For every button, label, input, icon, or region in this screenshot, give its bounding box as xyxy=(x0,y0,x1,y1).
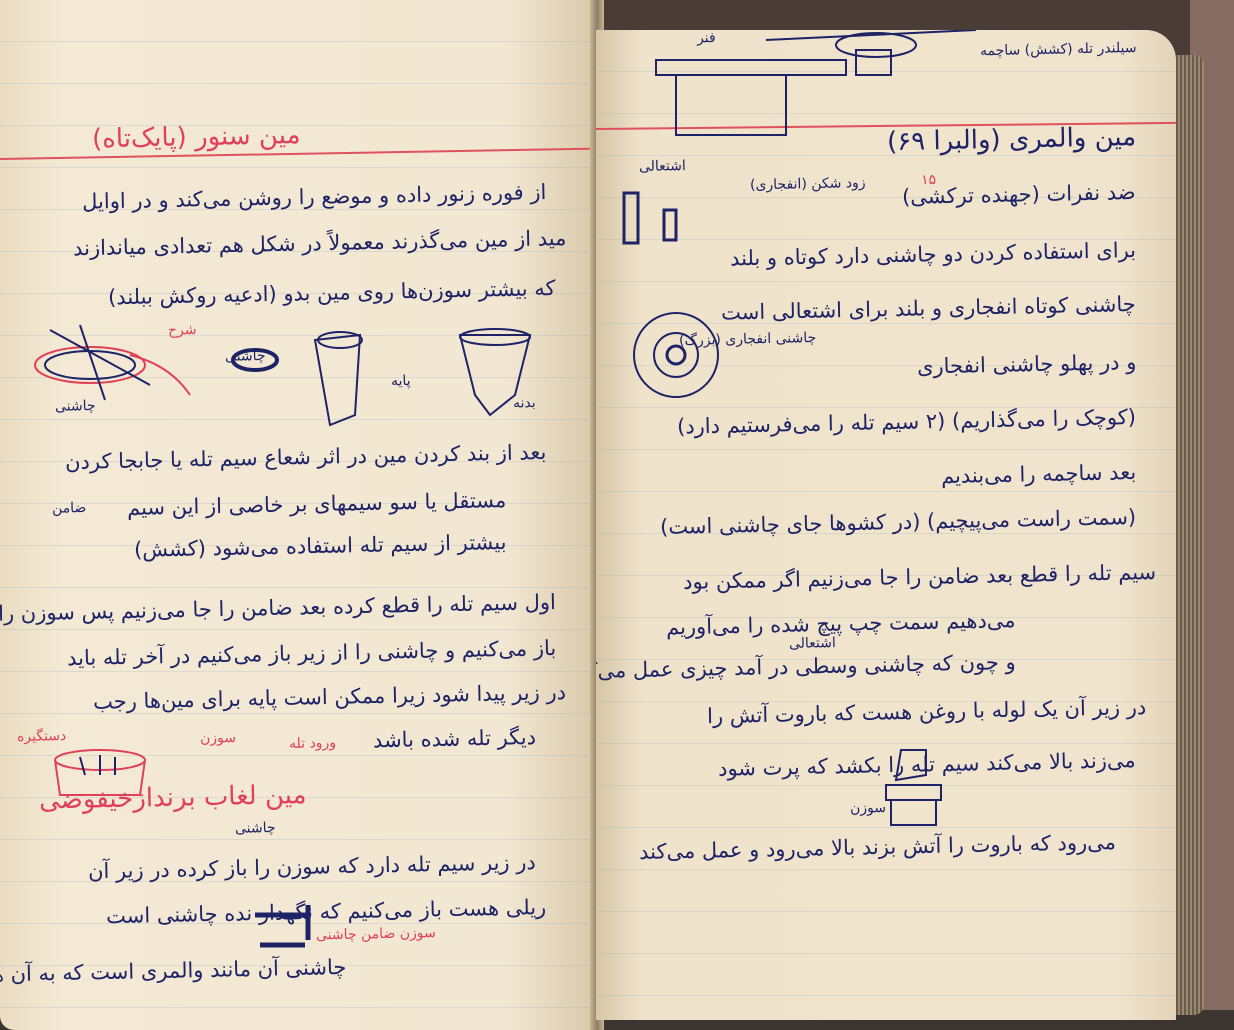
sketch-label-body: بدنه xyxy=(513,395,536,411)
right-heading: مین والمری (والبرا ۶۹) xyxy=(887,122,1137,157)
sketch-label-pin: چاشنی xyxy=(55,398,96,415)
circle-label: چاشنی انفجاری (بزرگ) xyxy=(679,330,816,349)
small-note: اشتعالی xyxy=(789,635,836,652)
red-annotation: سوزن xyxy=(200,730,236,747)
box-label: سوزن xyxy=(850,800,886,817)
text-line: ضد نفرات (جهنده ترکشی) xyxy=(902,180,1136,209)
sketch-label-base: پایه xyxy=(391,373,411,389)
sketch-label-short: زود شکن (انفجاری) xyxy=(750,175,866,193)
red-annotation: دستگیره xyxy=(17,728,67,745)
red-annotation: ورود تله xyxy=(289,735,336,752)
sketch-label-fuse: چاشنی xyxy=(225,348,266,365)
mine-sketches xyxy=(10,305,570,435)
text-line: بعد ساچمه را می‌بندیم xyxy=(941,460,1137,488)
circle-sketch xyxy=(621,305,731,405)
sketch-red-note: شرح xyxy=(167,322,196,339)
text-line: و در پهلو چاشنی انفجاری xyxy=(916,350,1136,379)
pin-sketch xyxy=(250,900,330,960)
fuse-sketch xyxy=(616,185,706,255)
arrow-label: فنر xyxy=(697,30,716,46)
left-heading: مین سنور (پایک‌تاه) xyxy=(91,120,300,154)
left-page: مین سنور (پایک‌تاه) از فوره زنور داده و … xyxy=(0,0,596,1030)
notebook-spread: مین سنور (پایک‌تاه) از فوره زنور داده و … xyxy=(0,0,1234,1030)
left-heading-2: مین لغاب برندازخیفوضی xyxy=(38,780,306,816)
top-sketches xyxy=(646,30,986,140)
page-edges xyxy=(1176,55,1204,1015)
text-line: دیگر تله شده باشد xyxy=(373,725,536,752)
red-note: سوزن ضامن چاشنی xyxy=(316,925,436,944)
small-label: چاشنی xyxy=(235,820,276,837)
top-right-label: سیلندر تله (کشش) ساچمه xyxy=(979,40,1136,59)
sketch-label-long: اشتعالی xyxy=(639,158,686,175)
box-sketch xyxy=(881,745,951,835)
side-label: ضامن xyxy=(52,500,87,517)
right-page: فنر سیلندر تله (کشش) ساچمه مین والمری (و… xyxy=(596,30,1176,1020)
